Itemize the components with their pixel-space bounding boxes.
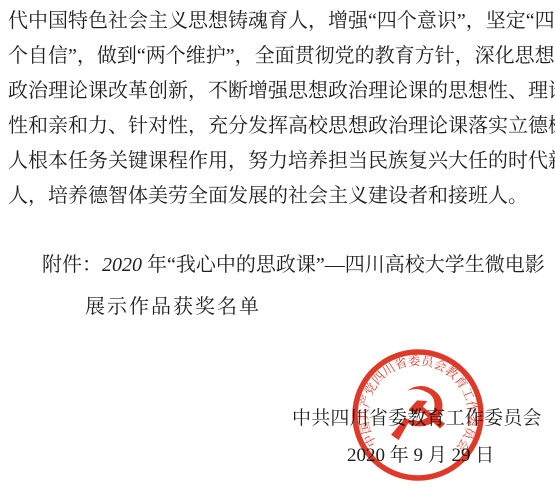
body-line: 人，培养德智体美劳全面发展的社会主义建设者和接班人。 xyxy=(8,179,554,214)
body-line: 政治理论课改革创新，不断增强思想政治理论课的思想性、理论 xyxy=(8,74,554,109)
attachment-year: 2020 xyxy=(102,254,142,276)
body-line: 个自信”，做到“两个维护”，全面贯彻党的教育方针，深化思想 xyxy=(8,39,554,74)
hammer-sickle-icon: ☭ xyxy=(385,372,451,458)
official-seal: 中国共产党四川省委员会教育工作委员会 ☭ xyxy=(338,335,498,495)
attachment-line-2: 展示作品获奖名单 xyxy=(85,290,261,325)
body-paragraph: 代中国特色社会主义思想铸魂育人，增强“四个意识”，坚定“四 个自信”，做到“两个… xyxy=(8,4,554,214)
body-line: 代中国特色社会主义思想铸魂育人，增强“四个意识”，坚定“四 xyxy=(8,4,554,39)
attachment-label: 附件： xyxy=(42,254,102,276)
attachment-title: 年“我心中的思政课”—四川高校大学生微电影 xyxy=(142,254,545,276)
body-line: 人根本任务关键课程作用，努力培养担当民族复兴大任的时代新 xyxy=(8,144,554,179)
attachment-line-1: 附件：2020 年“我心中的思政课”—四川高校大学生微电影 xyxy=(42,248,545,283)
document-page: 代中国特色社会主义思想铸魂育人，增强“四个意识”，坚定“四 个自信”，做到“两个… xyxy=(0,0,555,500)
body-line: 性和亲和力、针对性，充分发挥高校思想政治理论课落实立德树 xyxy=(8,109,554,144)
